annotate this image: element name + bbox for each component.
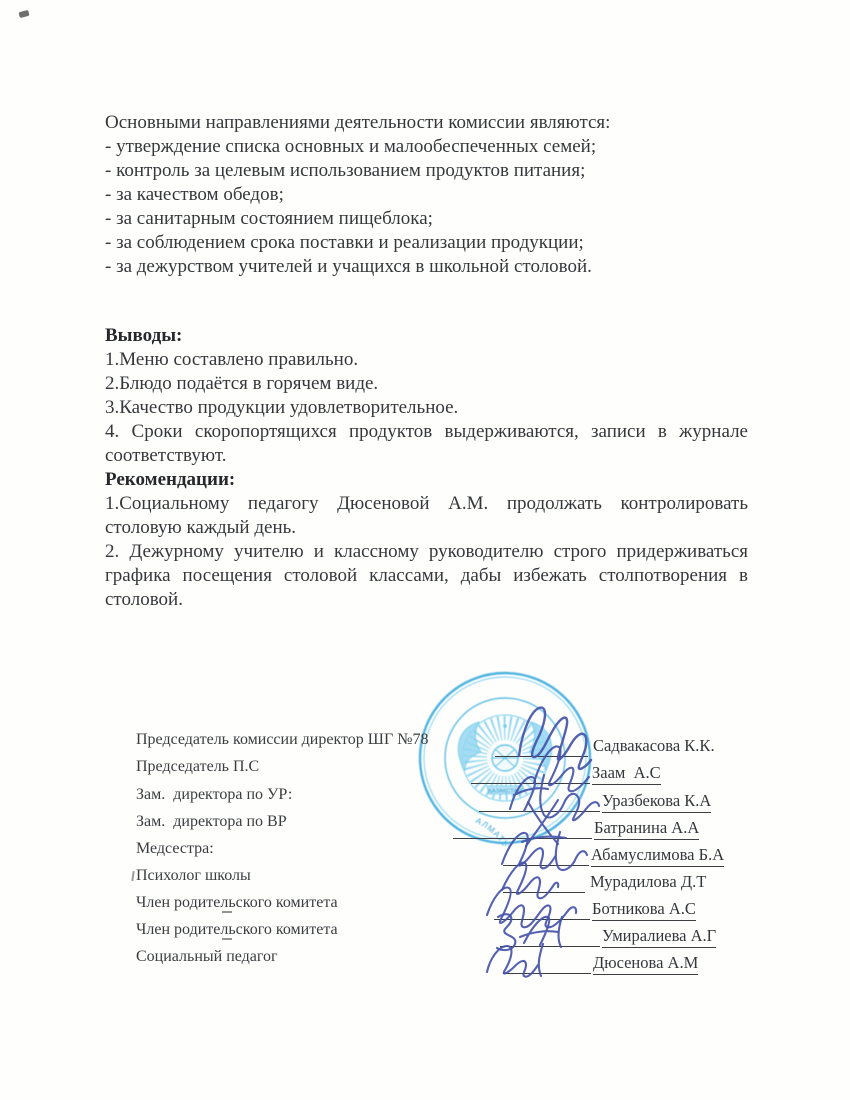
signatory-name: Умиралиева А.Г (602, 925, 716, 948)
conclusions-heading: Выводы: (105, 324, 748, 348)
conclusions-section: Выводы: 1.Меню составлено правильно.2.Бл… (105, 324, 748, 468)
recommendations-section: Рекомендации: 1.Социальному педагогу Дюс… (105, 468, 748, 612)
signatory-title: Председатель П.С (136, 757, 259, 777)
recommendation-item: 2. Дежурному учителю и классному руковод… (105, 540, 748, 612)
scanned-document-page: Основными направлениями деятельности ком… (0, 0, 850, 1100)
intro-paragraph: Основными направлениями деятельности ком… (105, 111, 748, 279)
text-line: - за соблюдением срока поставки и реализ… (105, 231, 748, 255)
text-line: Основными направлениями деятельности ком… (105, 111, 748, 135)
signatory-name: Дюсенова А.М (593, 952, 698, 975)
conclusion-item: 3.Качество продукции удовлетворительное. (105, 396, 748, 420)
signature-stroke (487, 944, 543, 977)
conclusion-item: 2.Блюдо подаётся в горячем виде. (105, 372, 748, 396)
recommendations-list: 1.Социальному педагогу Дюсеновой А.М. пр… (105, 492, 748, 612)
signatory-name: Ботникова А.С (592, 898, 696, 921)
text-line: - утверждение списка основных и малообес… (105, 135, 748, 159)
signatory-title: Член родительского комитета (136, 893, 338, 913)
pen-mark (18, 10, 29, 18)
recommendation-item: 1.Социальному педагогу Дюсеновой А.М. пр… (105, 492, 748, 540)
paragraph-gap (105, 279, 748, 324)
signatory-name: Батранина А.А (594, 817, 699, 840)
conclusion-item: 4. Сроки скоропортящихся продуктов выдер… (105, 420, 748, 468)
text-line: - за качеством обедов; (105, 183, 748, 207)
recommendations-heading: Рекомендации: (105, 468, 748, 492)
text-line: - контроль за целевым использованием про… (105, 159, 748, 183)
signatory-title: Зам. директора по ВР (136, 812, 287, 832)
conclusion-item: 1.Меню составлено правильно. (105, 348, 748, 372)
signatory-name: Садвакасова К.К. (593, 735, 715, 757)
signatory-name: Абамуслимова Б.А (591, 844, 724, 867)
signatory-title: Председатель комиссии директор ШГ №78 (136, 730, 428, 750)
signatory-title: Медсестра: (136, 839, 214, 859)
document-body: Основными направлениями деятельности ком… (105, 111, 748, 612)
text-line: - за санитарным состоянием пищеблока; (105, 207, 748, 231)
text-line: - за дежурством учителей и учащихся в шк… (105, 255, 748, 279)
signatory-title: Зам. директора по УР: (136, 785, 292, 805)
conclusions-list: 1.Меню составлено правильно.2.Блюдо пода… (105, 348, 748, 468)
signatory-name: Мурадилова Д.Т (590, 871, 706, 893)
handwritten-signature (477, 938, 572, 982)
signatory-title: Социальный педагог (136, 947, 278, 967)
signatory-title: Член родительского комитета (136, 920, 338, 940)
signatory-title: Психолог школы (136, 866, 251, 886)
signatory-name: Уразбекова К.А (602, 790, 711, 813)
scan-artifact (131, 871, 134, 881)
